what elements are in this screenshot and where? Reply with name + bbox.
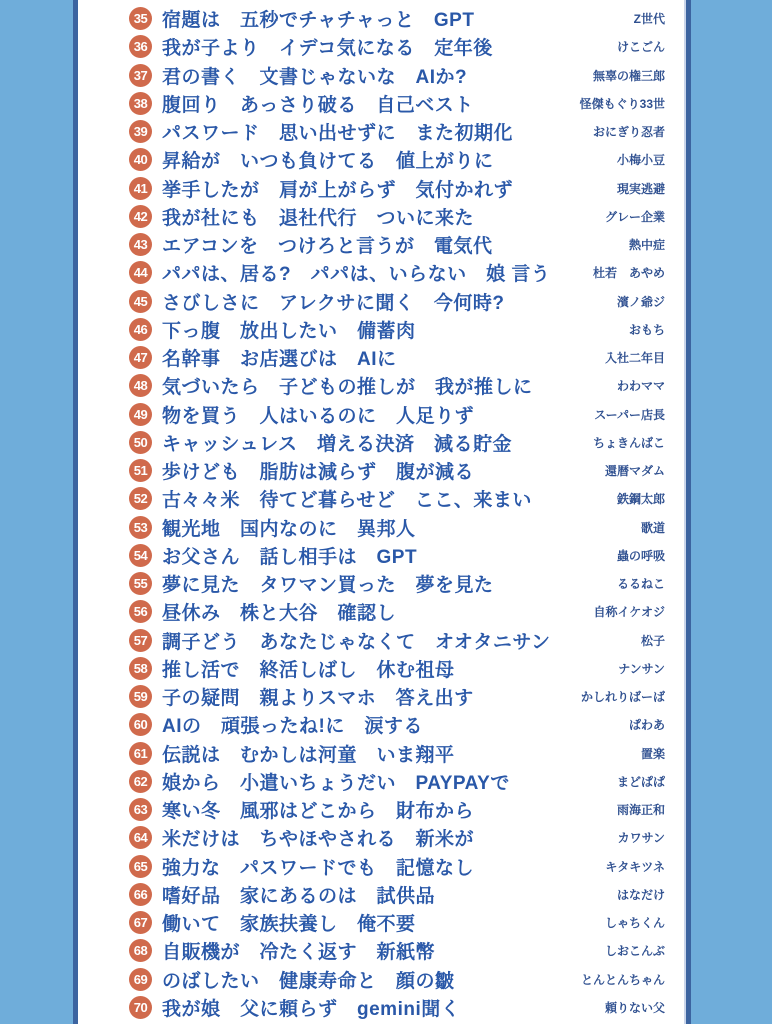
author-name: とんとんちゃん [571,971,665,988]
author-name: わわママ [607,377,665,394]
list-item: 44 パパは、居る? パパは、いらない 娘 言う 杜若 あやめ [78,259,686,286]
author-name: おにぎり忍者 [583,123,665,140]
entry-number-badge: 44 [129,261,152,284]
entry-number-badge: 64 [129,826,152,849]
entry-number-badge: 54 [129,544,152,567]
author-name: スーパー店長 [584,406,665,423]
list-item: 62 娘から 小遣いちょうだい PAYPAYで まどぱぱ [78,768,686,795]
author-name: 自称イケオジ [583,603,665,620]
author-name: 小梅小豆 [607,151,665,168]
list-item: 36 我が子より イデコ気になる 定年後 けこごん [78,33,686,60]
senryu-text: 伝説は むかしは河童 いま翔平 [162,740,455,767]
author-name: るるねこ [607,575,665,592]
senryu-text: 働いて 家族扶養し 俺不要 [162,909,416,936]
entry-number-badge: 53 [129,516,152,539]
entry-number-badge: 46 [129,318,152,341]
senryu-text: 古々々米 待てど暮らせど ここ、来まい [162,485,532,512]
senryu-text: 娘から 小遣いちょうだい PAYPAYで [162,768,510,795]
author-name: ぱわあ [619,716,665,733]
author-name: 鉄鋼太郎 [607,490,665,507]
entry-number-badge: 61 [129,742,152,765]
senryu-list-panel: 35 宿題は 五秒でチャチャっと GPT Z世代 36 我が子より イデコ気にな… [73,0,691,1024]
author-name: Z世代 [624,10,665,27]
senryu-text: 下っ腹 放出したい 備蓄肉 [162,316,416,343]
senryu-text: 我が娘 父に頼らず gemini聞く [162,994,460,1021]
author-name: 杜若 あやめ [583,264,665,281]
list-item: 51 歩けども 脂肪は減らず 腹が減る 還暦マダム [78,457,686,484]
author-name: キタキツネ [595,858,665,875]
list-item: 50 キャッシュレス 増える決済 減る貯金 ちょきんばこ [78,429,686,456]
list-item: 42 我が社にも 退社代行 ついに来た グレー企業 [78,203,686,230]
senryu-text: のばしたい 健康寿命と 顔の皺 [162,966,455,993]
list-item: 40 昇給が いつも負けてる 値上がりに 小梅小豆 [78,146,686,173]
senryu-text: 我が社にも 退社代行 ついに来た [162,203,474,230]
senryu-text: 腹回り あっさり破る 自己ベスト [162,90,474,117]
entry-number-badge: 58 [129,657,152,680]
list-item: 68 自販機が 冷たく返す 新紙幣 しおこんぶ [78,937,686,964]
author-name: 無辜の権三郎 [583,67,665,84]
list-item: 66 嗜好品 家にあるのは 試供品 はなだけ [78,881,686,908]
senryu-text: 昼休み 株と大谷 確認し [162,598,396,625]
author-name: 濱ノ爺ジ [607,293,665,310]
author-name: 置楽 [631,745,665,762]
senryu-text: 強力な パスワードでも 記憶なし [162,853,474,880]
entry-number-badge: 60 [129,713,152,736]
author-name: 怪傑もぐり33世 [570,95,665,112]
author-name: けこごん [607,38,665,55]
entry-number-badge: 59 [129,685,152,708]
list-item: 70 我が娘 父に頼らず gemini聞く 頼りない父 [78,994,686,1021]
list-item: 47 名幹事 お店選びは AIに 入社二年目 [78,344,686,371]
list-item: 59 子の疑問 親よりスマホ 答え出す かしれりばーば [78,683,686,710]
senryu-text: 名幹事 お店選びは AIに [162,344,397,371]
list-item: 41 挙手したが 肩が上がらず 気付かれず 現実逃避 [78,175,686,202]
senryu-text: 観光地 国内なのに 異邦人 [162,514,416,541]
author-name: かしれりばーば [571,688,665,705]
list-item: 56 昼休み 株と大谷 確認し 自称イケオジ [78,598,686,625]
entry-number-badge: 48 [129,374,152,397]
author-name: カワサン [608,829,665,846]
list-item: 52 古々々米 待てど暮らせど ここ、来まい 鉄鋼太郎 [78,485,686,512]
senryu-text: 挙手したが 肩が上がらず 気付かれず [162,175,513,202]
entry-number-badge: 43 [129,233,152,256]
author-name: 雨海正和 [607,801,665,818]
senryu-text: 宿題は 五秒でチャチャっと GPT [162,5,474,32]
entry-number-badge: 70 [129,996,152,1019]
senryu-text: エアコンを つけろと言うが 電気代 [162,231,493,258]
list-item: 60 AIの 頑張ったね!に 涙する ぱわあ [78,711,686,738]
entry-number-badge: 63 [129,798,152,821]
author-name: おもち [619,321,665,338]
list-item: 63 寒い冬 風邪はどこから 財布から 雨海正和 [78,796,686,823]
list-item: 43 エアコンを つけろと言うが 電気代 熱中症 [78,231,686,258]
entry-number-badge: 55 [129,572,152,595]
author-name: 歌道 [631,519,665,536]
entry-number-badge: 56 [129,600,152,623]
entry-number-badge: 39 [129,120,152,143]
senryu-list: 35 宿題は 五秒でチャチャっと GPT Z世代 36 我が子より イデコ気にな… [78,0,686,1024]
senryu-text: 子の疑問 親よりスマホ 答え出す [162,683,474,710]
author-name: ちょきんばこ [583,434,665,451]
entry-number-badge: 69 [129,968,152,991]
entry-number-badge: 36 [129,35,152,58]
author-name: 頼りない父 [595,999,665,1016]
list-item: 38 腹回り あっさり破る 自己ベスト 怪傑もぐり33世 [78,90,686,117]
senryu-text: 我が子より イデコ気になる 定年後 [162,33,493,60]
senryu-text: キャッシュレス 増える決済 減る貯金 [162,429,512,456]
entry-number-badge: 35 [129,7,152,30]
senryu-text: 物を買う 人はいるのに 人足りず [162,401,474,428]
entry-number-badge: 47 [129,346,152,369]
entry-number-badge: 65 [129,855,152,878]
entry-number-badge: 49 [129,403,152,426]
author-name: しおこんぶ [595,942,665,959]
senryu-text: 歩けども 脂肪は減らず 腹が減る [162,457,474,484]
list-item: 46 下っ腹 放出したい 備蓄肉 おもち [78,316,686,343]
senryu-text: お父さん 話し相手は GPT [162,542,417,569]
entry-number-badge: 37 [129,64,152,87]
entry-number-badge: 51 [129,459,152,482]
list-item: 69 のばしたい 健康寿命と 顔の皺 とんとんちゃん [78,966,686,993]
list-item: 35 宿題は 五秒でチャチャっと GPT Z世代 [78,5,686,32]
list-item: 67 働いて 家族扶養し 俺不要 しゃちくん [78,909,686,936]
list-item: 57 調子どう あなたじゃなくて オオタニサン 松子 [78,627,686,654]
list-item: 37 君の書く 文書じゃないな AIか? 無辜の権三郎 [78,62,686,89]
senryu-text: パスワード 思い出せずに また初期化 [162,118,513,145]
author-name: 還暦マダム [595,462,665,479]
list-item: 49 物を買う 人はいるのに 人足りず スーパー店長 [78,401,686,428]
list-item: 53 観光地 国内なのに 異邦人 歌道 [78,514,686,541]
author-name: 熱中症 [619,236,665,253]
entry-number-badge: 41 [129,177,152,200]
list-item: 64 米だけは ちやほやされる 新米が カワサン [78,824,686,851]
author-name: ナンサン [608,660,665,677]
list-item: 45 さびしさに アレクサに聞く 今何時? 濱ノ爺ジ [78,288,686,315]
entry-number-badge: 38 [129,92,152,115]
senryu-text: 推し活で 終活しばし 休む祖母 [162,655,455,682]
entry-number-badge: 68 [129,939,152,962]
senryu-text: 米だけは ちやほやされる 新米が [162,824,474,851]
entry-number-badge: 52 [129,487,152,510]
senryu-text: 自販機が 冷たく返す 新紙幣 [162,937,435,964]
entry-number-badge: 45 [129,290,152,313]
author-name: はなだけ [607,886,665,903]
list-item: 58 推し活で 終活しばし 休む祖母 ナンサン [78,655,686,682]
entry-number-badge: 67 [129,911,152,934]
page-background: 35 宿題は 五秒でチャチャっと GPT Z世代 36 我が子より イデコ気にな… [0,0,772,1024]
senryu-text: 夢に見た タワマン買った 夢を見た [162,570,494,597]
list-item: 61 伝説は むかしは河童 いま翔平 置楽 [78,740,686,767]
senryu-text: さびしさに アレクサに聞く 今何時? [162,288,504,315]
author-name: 松子 [631,632,665,649]
senryu-text: 気づいたら 子どもの推しが 我が推しに [162,372,533,399]
author-name: 蟲の呼吸 [607,547,665,564]
list-item: 48 気づいたら 子どもの推しが 我が推しに わわママ [78,372,686,399]
entry-number-badge: 66 [129,883,152,906]
entry-number-badge: 62 [129,770,152,793]
senryu-text: 寒い冬 風邪はどこから 財布から [162,796,474,823]
entry-number-badge: 42 [129,205,152,228]
entry-number-badge: 50 [129,431,152,454]
author-name: しゃちくん [595,914,665,931]
senryu-text: 君の書く 文書じゃないな AIか? [162,62,467,89]
senryu-text: 昇給が いつも負けてる 値上がりに [162,146,494,173]
author-name: まどぱぱ [607,773,665,790]
entry-number-badge: 57 [129,629,152,652]
senryu-text: 調子どう あなたじゃなくて オオタニサン [162,627,550,654]
list-item: 54 お父さん 話し相手は GPT 蟲の呼吸 [78,542,686,569]
author-name: 入社二年目 [595,349,665,366]
author-name: 現実逃避 [607,180,665,197]
list-item: 55 夢に見た タワマン買った 夢を見た るるねこ [78,570,686,597]
senryu-text: パパは、居る? パパは、いらない 娘 言う [162,259,550,286]
senryu-text: AIの 頑張ったね!に 涙する [162,711,423,738]
entry-number-badge: 40 [129,148,152,171]
author-name: グレー企業 [595,208,665,225]
list-item: 65 強力な パスワードでも 記憶なし キタキツネ [78,853,686,880]
list-item: 39 パスワード 思い出せずに また初期化 おにぎり忍者 [78,118,686,145]
senryu-text: 嗜好品 家にあるのは 試供品 [162,881,435,908]
